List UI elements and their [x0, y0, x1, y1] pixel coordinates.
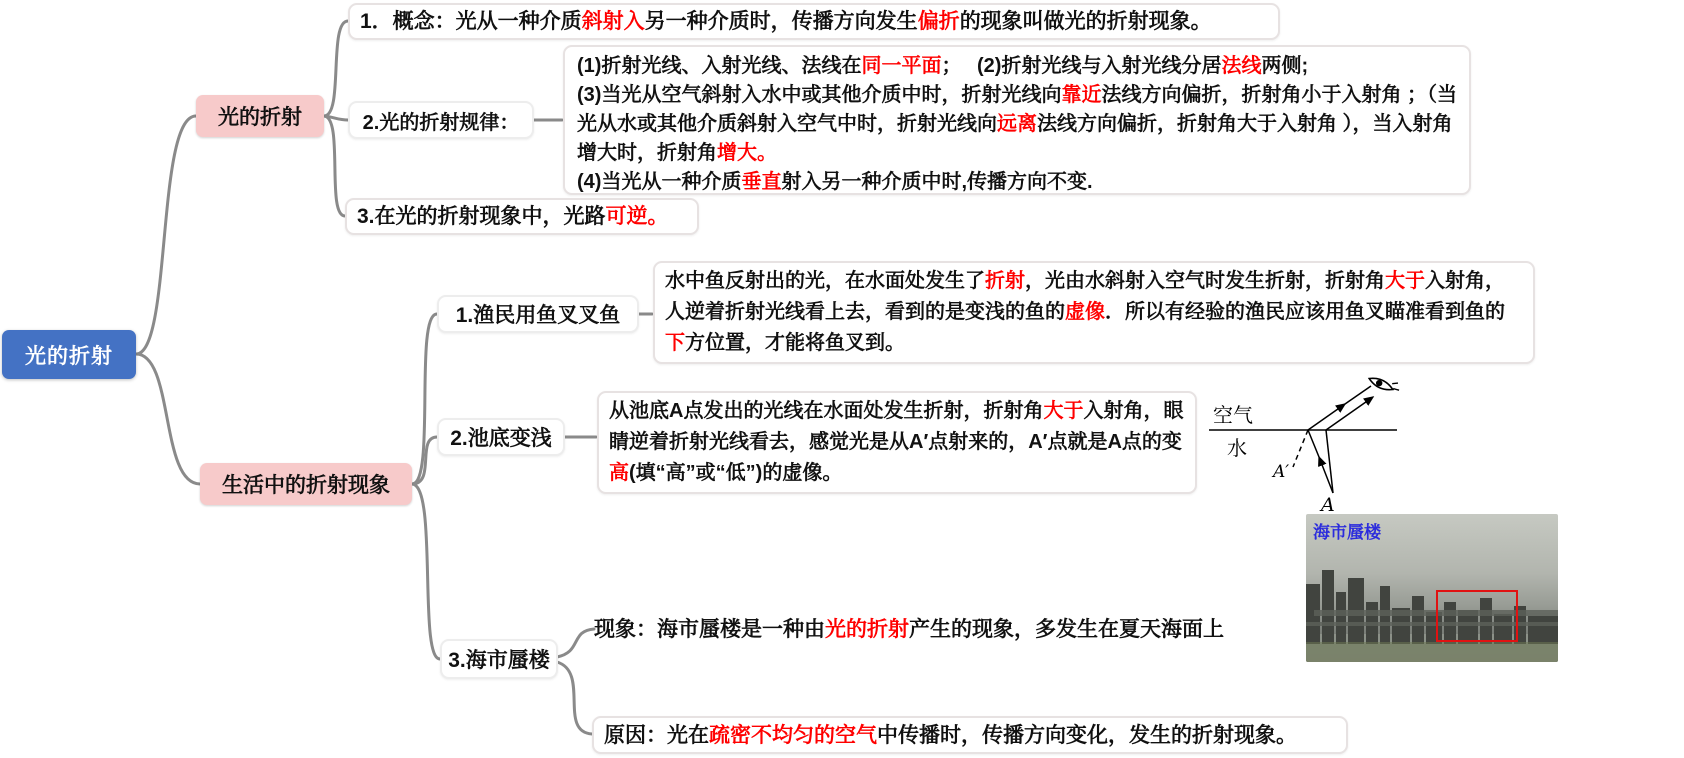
rules-box[interactable]: (1)折射光线、入射光线、法线在同一平面； (2)折射光线与入射光线分居法线两侧…: [563, 45, 1471, 195]
mirage-phenomenon-rich: 现象：海市蜃楼是一种由光的折射产生的现象，多发生在夏天海面上: [594, 618, 1224, 641]
point-a-prime-label: A′: [1271, 462, 1289, 482]
pond-box[interactable]: 从池底A点发出的光线在水面处发生折射，折射角大于入射角，眼睛逆着折射光线看去，感…: [597, 391, 1197, 494]
mirage-photo-caption: 海市蜃楼: [1313, 518, 1381, 543]
refraction-diagram: 空气 水 A′ A: [1205, 375, 1405, 525]
light-rays: [1293, 386, 1373, 493]
mindmap-canvas: { "colors": { "root_bg": "#4472c4", "bra…: [0, 0, 1684, 758]
mirage-reason-text: 原因：光在疏密不均匀的空气中传播时，传播方向变化，发生的折射现象。: [604, 720, 1297, 751]
rules-label-box[interactable]: 2.光的折射规律：: [348, 101, 534, 139]
mirage-photo[interactable]: 海市蜃楼: [1306, 514, 1558, 662]
pond-label-box[interactable]: 2.池底变浅: [437, 418, 565, 456]
branch-life-node[interactable]: 生活中的折射现象: [200, 463, 412, 505]
mirage-label: 3.海市蜃楼: [448, 644, 550, 674]
reversible-text: 3.在光的折射现象中，光路可逆。: [357, 201, 669, 232]
rules-label: 2.光的折射规律：: [363, 106, 520, 135]
root-label: 光的折射: [25, 340, 113, 370]
mirage-highlight-frame: [1436, 590, 1518, 642]
rule-3: (3)当光从空气斜射入水中或其他介质中时，折射光线向靠近法线方向偏折，折射角小于…: [577, 81, 1457, 168]
fishing-box[interactable]: 水中鱼反射出的光，在水面处发生了折射，光由水斜射入空气时发生折射，折射角大于入射…: [653, 261, 1535, 364]
air-label: 空气: [1213, 403, 1253, 427]
eye-icon: [1368, 375, 1402, 396]
reversible-box[interactable]: 3.在光的折射现象中，光路可逆。: [345, 198, 699, 235]
mirage-reason-box[interactable]: 原因：光在疏密不均匀的空气中传播时，传播方向变化，发生的折射现象。: [592, 716, 1348, 754]
root-node[interactable]: 光的折射: [2, 330, 136, 379]
fishing-label: 1.渔民用鱼叉叉鱼: [456, 299, 621, 329]
branch-refraction-node[interactable]: 光的折射: [196, 95, 324, 137]
mirage-phenomenon-text[interactable]: 现象：海市蜃楼是一种由光的折射产生的现象，多发生在夏天海面上: [594, 613, 1224, 643]
concept-text: 1．概念：光从一种介质斜射入另一种介质时，传播方向发生偏折的现象叫做光的折射现象…: [360, 6, 1212, 37]
mirage-label-box[interactable]: 3.海市蜃楼: [440, 639, 558, 679]
rule-4: (4)当光从一种介质垂直射入另一种介质中时,传播方向不变.: [577, 168, 1457, 197]
rule-1-2: (1)折射光线、入射光线、法线在同一平面； (2)折射光线与入射光线分居法线两侧…: [577, 52, 1457, 81]
branch-refraction-label: 光的折射: [218, 101, 302, 131]
concept-box[interactable]: 1．概念：光从一种介质斜射入另一种介质时，传播方向发生偏折的现象叫做光的折射现象…: [348, 3, 1280, 40]
water-label: 水: [1227, 436, 1247, 460]
pond-text: 从池底A点发出的光线在水面处发生折射，折射角大于入射角，眼睛逆着折射光线看去，感…: [609, 400, 1183, 484]
point-a-label: A: [1319, 494, 1335, 516]
fishing-text: 水中鱼反射出的光，在水面处发生了折射，光由水斜射入空气时发生折射，折射角大于入射…: [665, 270, 1505, 354]
fishing-label-box[interactable]: 1.渔民用鱼叉叉鱼: [437, 295, 639, 333]
branch-life-label: 生活中的折射现象: [222, 469, 390, 499]
pond-label: 2.池底变浅: [450, 422, 552, 452]
